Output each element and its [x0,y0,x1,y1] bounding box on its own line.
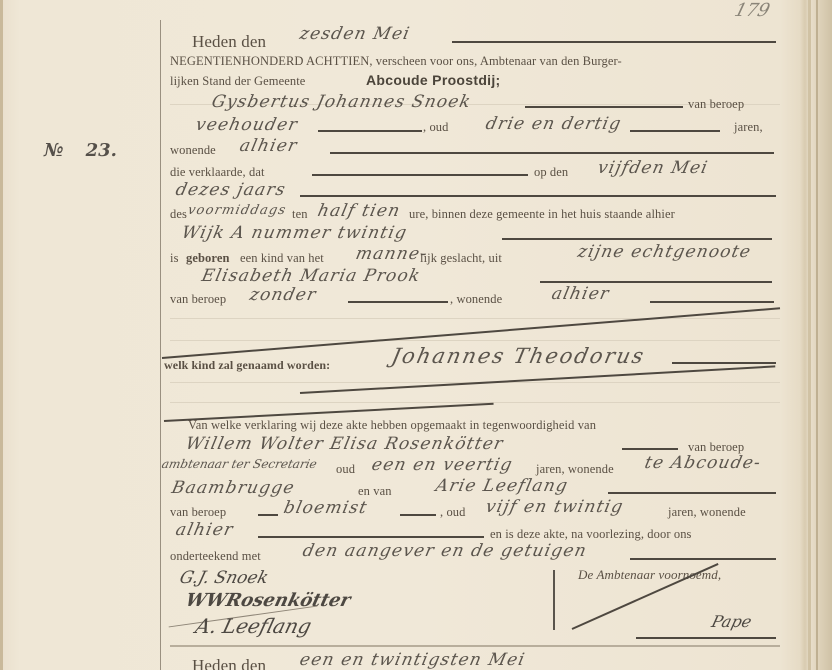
child-name: Johannes Theodorus [389,344,647,368]
witness1-residence-cont: Baambrugge [170,478,297,498]
witness1-wonende-label: jaren, wonende [536,462,614,477]
deed-date: zesden Mei [298,24,412,44]
fill-line [258,536,484,538]
ruled-line [170,318,780,319]
fill-line [348,301,448,303]
witness2-age: vijf en twintig [484,497,626,517]
mother-residence: alhier [550,284,612,304]
number-prefix: № [44,140,64,161]
witness2-residence: alhier [174,520,236,540]
register-page: 179 №23. Heden den zesden Mei NEGENTIENH… [0,0,832,670]
wonende-label: wonende [170,143,216,158]
ure-clause: ure, binnen deze gemeente in het huis st… [409,207,675,222]
deed-separator [170,645,780,647]
witness1-name: Willem Wolter Elisa Rosenkötter [184,434,506,454]
witness1-age: een en veertig [370,455,515,475]
op-den-label: op den [534,165,568,180]
signature-declarant: G.J. Snoek [178,568,271,588]
child-name-label: welk kind zal genaamd worden: [164,358,330,373]
van-beroep-label: van beroep [688,97,744,112]
fill-line [630,558,776,560]
jaren-label: jaren, [734,120,763,135]
signature-divider [553,570,555,630]
fill-line [672,362,776,364]
ruled-line [170,340,780,341]
deed-number: №23. [44,140,117,161]
mother-name: Elisabeth Maria Prook [200,266,423,286]
birth-year: dezes jaars [174,180,288,200]
number-value: 23. [86,140,117,161]
next-heden-den: Heden den [192,656,266,670]
witness2-name: Arie Leeflang [434,476,570,496]
flourish-stroke [300,365,775,394]
margin-rule [160,20,161,670]
declarant-residence: alhier [238,136,300,156]
official-label: De Ambtenaar voornoemd, [578,567,721,583]
en-van-label: en van [358,484,392,499]
fill-line [318,130,422,132]
official-underline [636,637,776,639]
birth-address: Wijk A nummer twintig [180,223,409,243]
witness1-residence: te Abcoude- [643,453,763,473]
mother-wonende-label: , wonende [450,292,502,307]
witness2-beroep-label: van beroep [170,505,226,520]
fill-line [258,514,278,516]
binding-edge-inner [816,0,818,670]
fill-line [502,238,772,240]
verklaring-clause: Van welke verklaring wij deze akte hebbe… [188,418,596,433]
mother-relation: zijne echtgenoote [576,242,753,262]
fill-line [452,41,776,43]
municipality-name: Abcoude Proostdij; [366,72,501,88]
fill-line [608,492,776,494]
fill-line [540,281,772,283]
witness2-occupation: bloemist [282,498,370,518]
verklaarde-label: die verklaarde, dat [170,165,265,180]
des-label: des [170,207,187,222]
birth-date: vijfden Mei [596,158,710,178]
child-sex: manne- [354,244,429,264]
fill-line [525,106,683,108]
declarant-occupation: veehouder [194,115,300,135]
next-deed-date: een en twintigsten Mei [298,650,527,670]
voorlezing-clause: en is deze akte, na voorlezing, door ons [490,527,692,542]
witness2-jaren-label: jaren, wonende [668,505,746,520]
fill-line [330,152,774,154]
kind-label: een kind van het [240,251,324,266]
fill-line [630,130,720,132]
oud-label: , oud [423,120,449,135]
gemeente-label: lijken Stand der Gemeente [170,74,305,89]
fill-line [650,301,774,303]
fill-line [300,195,776,197]
onderteekend-label: onderteekend met [170,549,261,564]
mother-beroep-label: van beroep [170,292,226,307]
geslacht-label: lijk geslacht, uit [420,251,502,266]
signature-official: Pape [710,612,754,631]
declarant-age: drie en dertig [484,114,624,134]
witness2-oud-label: , oud [440,505,466,520]
day-part: voormiddags [186,203,287,218]
ten-label: ten [292,207,308,222]
fill-line [622,448,678,450]
page-left-edge [0,0,3,670]
signers-description: den aangever en de getuigen [301,541,589,561]
geboren-label: geboren [186,251,230,266]
declarant-name: Gysbertus Johannes Snoek [210,92,473,112]
folio-number: 179 [732,0,772,21]
witness1-occupation: ambtenaar ter Secretarie [161,457,319,471]
year-clause: NEGENTIENHONDERD ACHTTIEN, verscheen voo… [170,54,622,69]
witness1-oud-label: oud [336,462,355,477]
signature-witness2: A. Leeflang [193,614,314,638]
birth-time: half tien [316,201,403,221]
is-label: is [170,251,179,266]
signature-witness1: WWRosenkötter [183,590,352,611]
mother-occupation: zonder [248,285,319,305]
binding-edge [808,0,811,670]
fill-line [400,514,436,516]
heden-den-label: Heden den [192,32,266,52]
fill-line [312,174,528,176]
